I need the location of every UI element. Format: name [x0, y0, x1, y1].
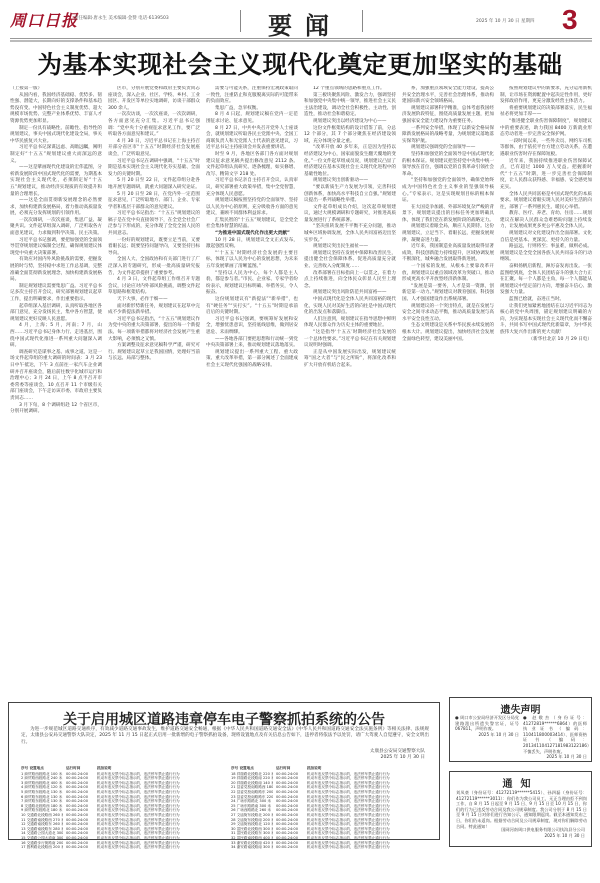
article-paragraph: 在大国竞争加剧、外部环境复杂严峻的背景下，规划建议提出的目标任务更加明确具体，体… — [402, 205, 494, 225]
article-paragraph: 规划建议稿按照坚持党的全面领导、坚持以人民为中心的原则，充分吸收各方面的意见建议… — [206, 198, 298, 218]
notice-lost-declaration: 遗失声明 ● 周口市公安局经济开发区分局党建路派出所遗失警官证，证号 06781… — [449, 697, 592, 762]
article-paragraph: 4 月，上海；5 月，河南；7 月，山西……习近平总书记身体力行、走进基层，围绕… — [10, 323, 102, 349]
article-paragraph: 规划建议突出风险防范共同富裕—— — [304, 290, 396, 297]
article-paragraph: （上接第一版） — [10, 86, 102, 93]
table-cell: 00:00-24:00 — [66, 845, 94, 850]
editors-line: 责任编辑·唐永生 美术编辑·金赞 电话·6139503 — [74, 15, 169, 21]
article-paragraph: 奋楫扬帆启新程，踔厉奋发再出发。一张蓝图绘到底，全体人民团结奋斗的强大合力正在汇… — [500, 264, 592, 297]
notice-title: 通知 — [450, 775, 591, 790]
article-subheading: “为推进中国式现代化作出更大贡献” — [206, 231, 298, 238]
article-paragraph: ——这是全面贯彻新发展理念的必然要求，加快构建新发展格局，着力推动高质量发展，必… — [10, 198, 102, 218]
article-paragraph: 将重要规划建议的决策部署落实，民生福祉必将更加丰厚—— — [500, 106, 592, 119]
article-paragraph: 8 月 27 日，中共中央召开党外人士座谈会，就规划建议听取各民主党派中央、全国… — [206, 126, 298, 152]
article-column: 需要与可能关系，注重保持宏观政策取向一致性，注重防止和克服脱离实际的可能带来的负… — [206, 86, 298, 692]
section-title-char-2: 闻 — [305, 6, 329, 41]
table-header-cell: 运行时间 — [66, 766, 94, 771]
notice-body: 为进一步规范城区道路交通秩序，有效减少道路交通事故发生，维护道路交通安全畅通，根… — [21, 727, 429, 746]
article-paragraph: 蓝图已绘就，奋进正当时。 — [500, 297, 592, 304]
article-paragraph: 系，加强重点领域安全能力建设，提高公共安全治理水平，完善社会治理体系，推动构建国… — [402, 86, 494, 106]
table-header: 序号 设置地点运行时间抓拍说明 — [231, 766, 431, 771]
article-paragraph: 让我们更加紧密地团结在以习近平同志为核心的党中央周围，锚定规划建议明确的方向，为… — [500, 304, 592, 337]
table-header-cell: 抓拍说明 — [307, 766, 431, 771]
article-paragraph: 规划建议对文化建设作出全面部署。文化自信是更基本、更深沉、更持久的力量。 — [500, 231, 592, 244]
article-paragraph: 习近平总书记指出，“十五五”规划建议作为党中央的重大决策部署，提出的每一个新提法… — [108, 317, 200, 343]
article-paragraph: 改革部署在目标指向上一以贯之，在着力点上持续推进，向全体民众彰显人民至上理念。 — [304, 271, 396, 291]
divider — [240, 10, 241, 32]
article-paragraph: 规划建议强调党的全面领导—— — [402, 145, 494, 152]
header-rule — [10, 40, 592, 42]
article-paragraph: 习近平总书记亲自主持召开会议，认真审议，研究部署重大政策举措，集中全党智慧，充分… — [206, 178, 298, 198]
article-paragraph: 习近平总书记强调，要统筹好发展和安全，增强忧患意识，坚持底线思维，做到居安思危、… — [206, 317, 298, 337]
newspaper-logo: 周口日报 — [10, 8, 78, 31]
article-paragraph: “发展是第一要务，人才是第一资源，创新是第一动力。”规划建议对教育强国、科技强国… — [402, 284, 494, 304]
article-paragraph: 3 月下旬，8 个调研组赴 12 个省区市，分别开展调研。 — [10, 403, 102, 416]
article-column: 区市，分别开展党委和政府主要负责同志座谈会，深入企业、社区、学校、乡村、工业园区… — [108, 86, 200, 692]
article-paragraph: 4 月 3 日，文件起草组工作组召开专题会议，讨论应对内外部风险挑战，调整文件起… — [108, 277, 200, 297]
page-number: 3 — [562, 4, 578, 36]
article-paragraph: 一次次访谈，一次次座谈，一次次调研，各方面意见充分汇集。习近平总书记强调：“党中… — [108, 112, 200, 138]
notice-parking-enforcement: 关于启用城区道路违章停车电子警察抓拍系统的公告 为进一步规范城区道路交通秩序，有… — [8, 702, 440, 840]
article-paragraph: 一系列安全举措，体现了以新安全格局保障新发展格局的战略考量，为规划建议落地落实保… — [402, 126, 494, 146]
lost-item-date: 2025 年 10 月 30 日 — [455, 732, 519, 738]
table-cell: 17 胜利路北段路西 200 米 — [21, 845, 63, 850]
article-paragraph: 规划建议着眼全局，顺应人民期待。这份规划建议，立足当下、着眼长远，把握发展规律，… — [402, 224, 494, 244]
article-paragraph: “坚决扭转发展不平衡不充分问题，推动城乡区域协调发展，全体人民共同富裕迈出坚实步… — [304, 224, 396, 244]
article-headline: 为基本实现社会主义现代化奠定更加坚实的基础 — [0, 46, 600, 81]
header-rule — [10, 38, 592, 39]
article-column: 按照规划建议中的新要求，充分运用新机制，让市场在资源配置中起决定性作用，更好发挥… — [500, 86, 592, 692]
article-paragraph: 一个国家的发展，从根本上要靠改革开放，规划建议以重点领域改革为突破口，推动形成更… — [402, 264, 494, 284]
notice-inform: 通知 刘凤豪（身份证号：41272119******5415）、孙四磊（身份证号… — [449, 771, 592, 847]
article-paragraph: 规划建议坚持在发展中保障和改善民生，提出健全社会保障体系、促进高质量充分就业、完… — [304, 251, 396, 271]
article-paragraph: “改革开放 40 多年来，正是因为坚持以经济建设为中心，国家面貌发生翻天覆地的变… — [304, 145, 396, 178]
article-paragraph: 人们注意到，规划建议在指导思想中鲜明体现人民群众作为历史主体的重要地位。 — [304, 317, 396, 330]
table-header-cell: 序号 设置地点 — [231, 766, 273, 771]
article-paragraph: 近年来，我国制造业高质量发展取得显著成效，科技创新能力持续提升，区域协调发展不断… — [402, 244, 494, 264]
article-paragraph: 习近平总书记强调，要把加强党的全面领导贯穿规划建议编制全过程，确保规划建议体现党… — [10, 238, 102, 258]
article-paragraph: “‘十五五’时期经济社会发展的主要目标，体现了以人民为中心的发展思想，为未来五年… — [206, 251, 298, 271]
article-paragraph: 中国式现代化是全体人民共同富裕的现代化，实现人民对美好生活的向往是中国式现代化的… — [304, 297, 396, 317]
article-paragraph: 10 月 28 日，规划建议全文正式发布，激起强烈反响。 — [206, 238, 298, 251]
table-header: 序号 设置地点运行时间抓拍说明 — [21, 766, 221, 771]
article-paragraph: 8 月 4 日起，规划建议稿在党内一定范围征求讨论、征求意见。 — [206, 112, 298, 125]
article-paragraph: 5 月 20 日至 28 日，在党内外一定范围征求意见，广泛听取地方、部门、企业… — [108, 192, 200, 212]
article-paragraph: 需要与可能关系，注重保持宏观政策取向一致性，注重防止和克服脱离实际的可能带来的负… — [206, 86, 298, 106]
article-paragraph: “坚持以人民为中心，每个人都是主人翁，都是参与者。”市民、企业家、专家学者纷纷表… — [206, 271, 298, 297]
article-paragraph: 按照规划建议中的新要求，充分运用新机制，让市场在资源配置中起决定性作用，更好发挥… — [500, 86, 592, 106]
article-paragraph: “这是指导‘十五五’时期经济社会发展的一个总体性要求。”习近平总书记在有关规划建… — [304, 330, 396, 350]
table-row: 17 胜利路北段路西 200 米00:00-24:00机动车违反禁令标志指示的，… — [21, 845, 221, 850]
lost-item-1: ● 周口市公安局经济开发区分局党建路派出所遗失警官证，证号 067811，声明作… — [455, 715, 519, 737]
signature-date: 2025 年 10 月 30 日 — [370, 755, 425, 761]
article-paragraph: （新华社北京 10 月 29 日电） — [500, 337, 592, 344]
article-paragraph: 规划建议突出以经济建设为中心—— — [304, 119, 396, 126]
article-paragraph: 习近平总书记在调研中强调，“十五五”时期是基本实现社会主义现代化夯实基础、全面发… — [108, 159, 200, 179]
table-row: 34 谢安路南段路南 300 米00:00-24:00机动车违反禁令标志指示的，… — [231, 845, 431, 850]
lost-item-date: 2025 年 10 月 30 日 — [523, 754, 587, 760]
article-paragraph: 第三板块聚焦风险、激发合力，强调坚持和加强党中央集中统一领导，推进社会主义民主法… — [304, 93, 396, 119]
notice-signature: 太康县公安局交通警察大队 2025 年 10 月 30 日 — [370, 749, 425, 762]
article-paragraph: 一段时间以来，一些外卖员、网约车司机等群体，由于依托平台方建立劳动关系，在遭遇职… — [500, 139, 592, 159]
article-paragraph: 习近平总书记指出：“十五五”规划建议的稿子是在党中央直接领导下，在全党全社会广泛… — [108, 211, 200, 237]
article-paragraph: 正是从中国发展实际出发，规划建议统筹“国之大者”与“民之所盼”，将深化改革和扩大… — [304, 350, 396, 370]
article-paragraph: 文件起草组成员介绍，这次起草规划建议，通过大规模调研和专题研究，对推进高质量发展… — [304, 205, 396, 225]
article-paragraph: 坚持和加强党的全面领导是中国式现代化的根本保证。规划建议把坚持党中央集中统一领导… — [402, 152, 494, 178]
masthead: 周口日报 责任编辑·唐永生 美术编辑·金赞 电话·6139503 要 闻 202… — [0, 0, 600, 40]
location-table-right: 序号 设置地点运行时间抓拍说明18 祥瑞路北段路北 220 米00:00-24:… — [231, 766, 431, 850]
article-paragraph: 方案调整及征求意见稿科学严谨，研究可行。规划建议起草立足我国国情，处理好当前与长… — [108, 343, 200, 363]
table-header-cell: 序号 设置地点 — [21, 766, 63, 771]
article-paragraph: 规划建议突出创新驱动—— — [304, 178, 396, 185]
article-paragraph: 生态文明建设是关系中华民族永续发展的根本大计。规划建议提出，加快经济社会发展全面… — [402, 323, 494, 343]
article-paragraph: 从国内看，我国经济基础稳、优势多、韧性强、潜能大，长期向好的支撑条件和基本趋势没… — [10, 93, 102, 126]
article-paragraph: 一份好的规划建议，既要立足当前，又要着眼长远；既要坚持问题导向，又要坚持目标导向… — [108, 238, 200, 258]
issue-date: 2025 年 10 月 30 日 星期四 — [476, 18, 535, 24]
article-paragraph: 习近平总书记深谋远虑、高瞻远瞩，阐明制定好“十五五”规划建议重大而深远的意义。 — [10, 145, 102, 165]
article-paragraph: 教育、医疗、养老、育幼、住房……规划建议在解决人民群众急难愁盼问题上持续发力，让… — [500, 211, 592, 231]
article-paragraph: 规划建议部署科学精准，总体考虑我国经济发展阶段特征，围绕高质量发展主题，把加强国… — [402, 106, 494, 126]
notice-signature: 国网河南周口供电服务有限公司扶沟县分公司 2025 年 10 月 30 日 — [501, 827, 585, 839]
article-paragraph: 全国人大、全国政协和有关部门进行了广泛深入的专题研究，形成一批高质量研究报告，为… — [108, 257, 200, 277]
article-paragraph: 调查研究是谋事之基、成事之道。这是一场文件起草组的重大调研的时间表：3 月 23… — [10, 350, 102, 403]
article-paragraph: 面对新形势新任务，规划建议在起草中完成不少新提法新举措。 — [108, 304, 200, 317]
notice-body: 刘凤豪（身份证号：41272119******5415）、孙四磊（身份证号：41… — [456, 790, 587, 829]
lost-item-2: ● 赵敬杰（身份证号：41272819******6864）的医师执业证书（编码… — [523, 715, 587, 760]
article-column: 12 个重点领域的思路和重点工作。第三板块聚焦风险、激发合力，强调坚持和加强党中… — [304, 86, 396, 692]
article-paragraph: 制定一份具有战略性、前瞻性、指导性的规划建议，事关中国式现代化建设全局，事关中华… — [10, 126, 102, 146]
article-paragraph: 路虽远，行则将至；事虽难，做则必成。规划建议是全党全国各族人民共同奋斗的行动纲领… — [500, 244, 592, 264]
article-paragraph: 制定规划建议需要集思广益。习近平总书记多次主持召开会议，研究部署规划建议起草工作… — [10, 284, 102, 304]
article-paragraph: 起草组深入基层调研，认真听取各地区各部门意见，充分发扬民主，集中各方智慧，使规划… — [10, 304, 102, 324]
article-paragraph: “坚持和加强党的全面领导，确保党始终成为中国特色社会主义事业的坚强领导核心。”专… — [402, 178, 494, 204]
table-cell: 机动车违反禁令标志指示的，违法停车禁止通行行为 — [307, 845, 431, 850]
article-paragraph: ——这是擘画现代化建设的宏伟蓝图，分析新发展阶段中国式现代化的需要，为期基本实现… — [10, 165, 102, 198]
signature-org: 国网河南周口供电服务有限公司扶沟县分公司 — [501, 827, 585, 833]
article-paragraph: 规划建议提出一系列重大工程、重大政策、重大改革举措，第一部分阐述了全面建成社会主… — [206, 350, 298, 370]
article-paragraph: 近年来，我国持续推进职业伤害保障试点，已有超过 1000 万人受益。把握新时代“… — [500, 159, 592, 192]
divider — [362, 10, 363, 32]
table-cell: 00:00-24:00 — [276, 845, 304, 850]
table-cell: 34 谢安路南段路南 300 米 — [231, 845, 273, 850]
section-title-char-1: 要 — [268, 6, 292, 41]
article-paragraph: 4 月 30 日，习近平总书记在上海主持召开部分省区市“十五五”时期经济社会发展… — [108, 139, 200, 159]
article-paragraph: 汇集民智的“十五五”规划建议，是全党全社会集体智慧的结晶。 — [206, 218, 298, 231]
article-paragraph: 有效应对国内外风险挑战的需要，把握发展的时与势，坚持稳中求进工作总基调，完整准确… — [10, 257, 102, 283]
lost-item-text: ● 赵敬杰（身份证号：41272819******6864）的医师执业证书（编码… — [523, 715, 587, 754]
table-header-cell: 运行时间 — [276, 766, 304, 771]
article-paragraph: 全体人民共同富裕是中国式现代化的本质要求。规划建议着眼实现人民对美好生活的向往，… — [500, 192, 592, 212]
notice-title: 关于启用城区道路违章停车电子警察抓拍系统的公告 — [9, 709, 439, 729]
article-paragraph: 5 月 20 日至 22 日，文件起草组分赴各地开展专题调研，就重大问题深入研究… — [108, 178, 200, 191]
article-paragraph: 区市，分别开展党委和政府主要负责同志座谈会，深入企业、社区、学校、乡村、工业园区… — [108, 86, 200, 112]
article-body: （上接第一版）从国内看，我国经济基础稳、优势多、韧性强、潜能大，长期向好的支撑条… — [10, 86, 592, 692]
article-paragraph: 这份文件框架结构的设计借鉴了前，分总 12 个部分，其 7 个部分聚焦在经济建设… — [304, 126, 396, 146]
article-paragraph: 一次次调研，一次次座谈，集思广益、凝聚共识。文件起草组深入调研，广泛听取各方面意… — [10, 218, 102, 238]
location-table-left: 序号 设置地点运行时间抓拍说明1 商贸路西段路北 100 米00:00-24:0… — [21, 766, 221, 850]
article-column: 系，加强重点领域安全能力建设，提高公共安全治理水平，完善社会治理体系，推动构建国… — [402, 86, 494, 692]
article-paragraph: ——各地各部门要把思想和行动统一到党中央决策部署上来，推动规划建议落地落实。 — [206, 337, 298, 350]
article-paragraph: 时至 9 月，各地区各部门各方面对规划建议征求意见稿共提出修改意见 2112 条… — [206, 152, 298, 178]
notice-title: 遗失声明 — [450, 701, 591, 716]
table-header-cell: 抓拍说明 — [97, 766, 221, 771]
article-paragraph: 这份规划建议有“新提法”“新举措”，也有“硬任务”“实打实”。“十五五”时期是承… — [206, 297, 298, 317]
article-paragraph: 规划建议的一个突出特点，就是在发展与安全之间寻求动态平衡，推动高质量发展与高水平… — [402, 304, 494, 324]
signature-date: 2025 年 10 月 30 日 — [501, 833, 585, 839]
article-paragraph: “推进健全职业伤害保障制度”，规划建议中的重要表述，助力我国 8400 万新就业… — [500, 119, 592, 139]
article-paragraph: 12 个重点领域的思路和重点工作。 — [304, 86, 396, 93]
lost-item-text: ● 周口市公安局经济开发区分局党建路派出所遗失警官证，证号 067811，声明作… — [455, 715, 519, 732]
article-column: （上接第一版）从国内看，我国经济基础稳、优势多、韧性强、潜能大，长期向好的支撑条… — [10, 86, 102, 692]
table-cell: 机动车违反禁令标志指示的，违法停车禁止通行行为 — [97, 845, 221, 850]
article-paragraph: “要以新质生产力发展为引领，完善科技创新体系，加快高水平科技自立自强。”规划建议… — [304, 185, 396, 205]
article-paragraph: 规划建议突出民生福祉—— — [304, 244, 396, 251]
article-paragraph: 天下大事，必作于细—— — [108, 297, 200, 304]
